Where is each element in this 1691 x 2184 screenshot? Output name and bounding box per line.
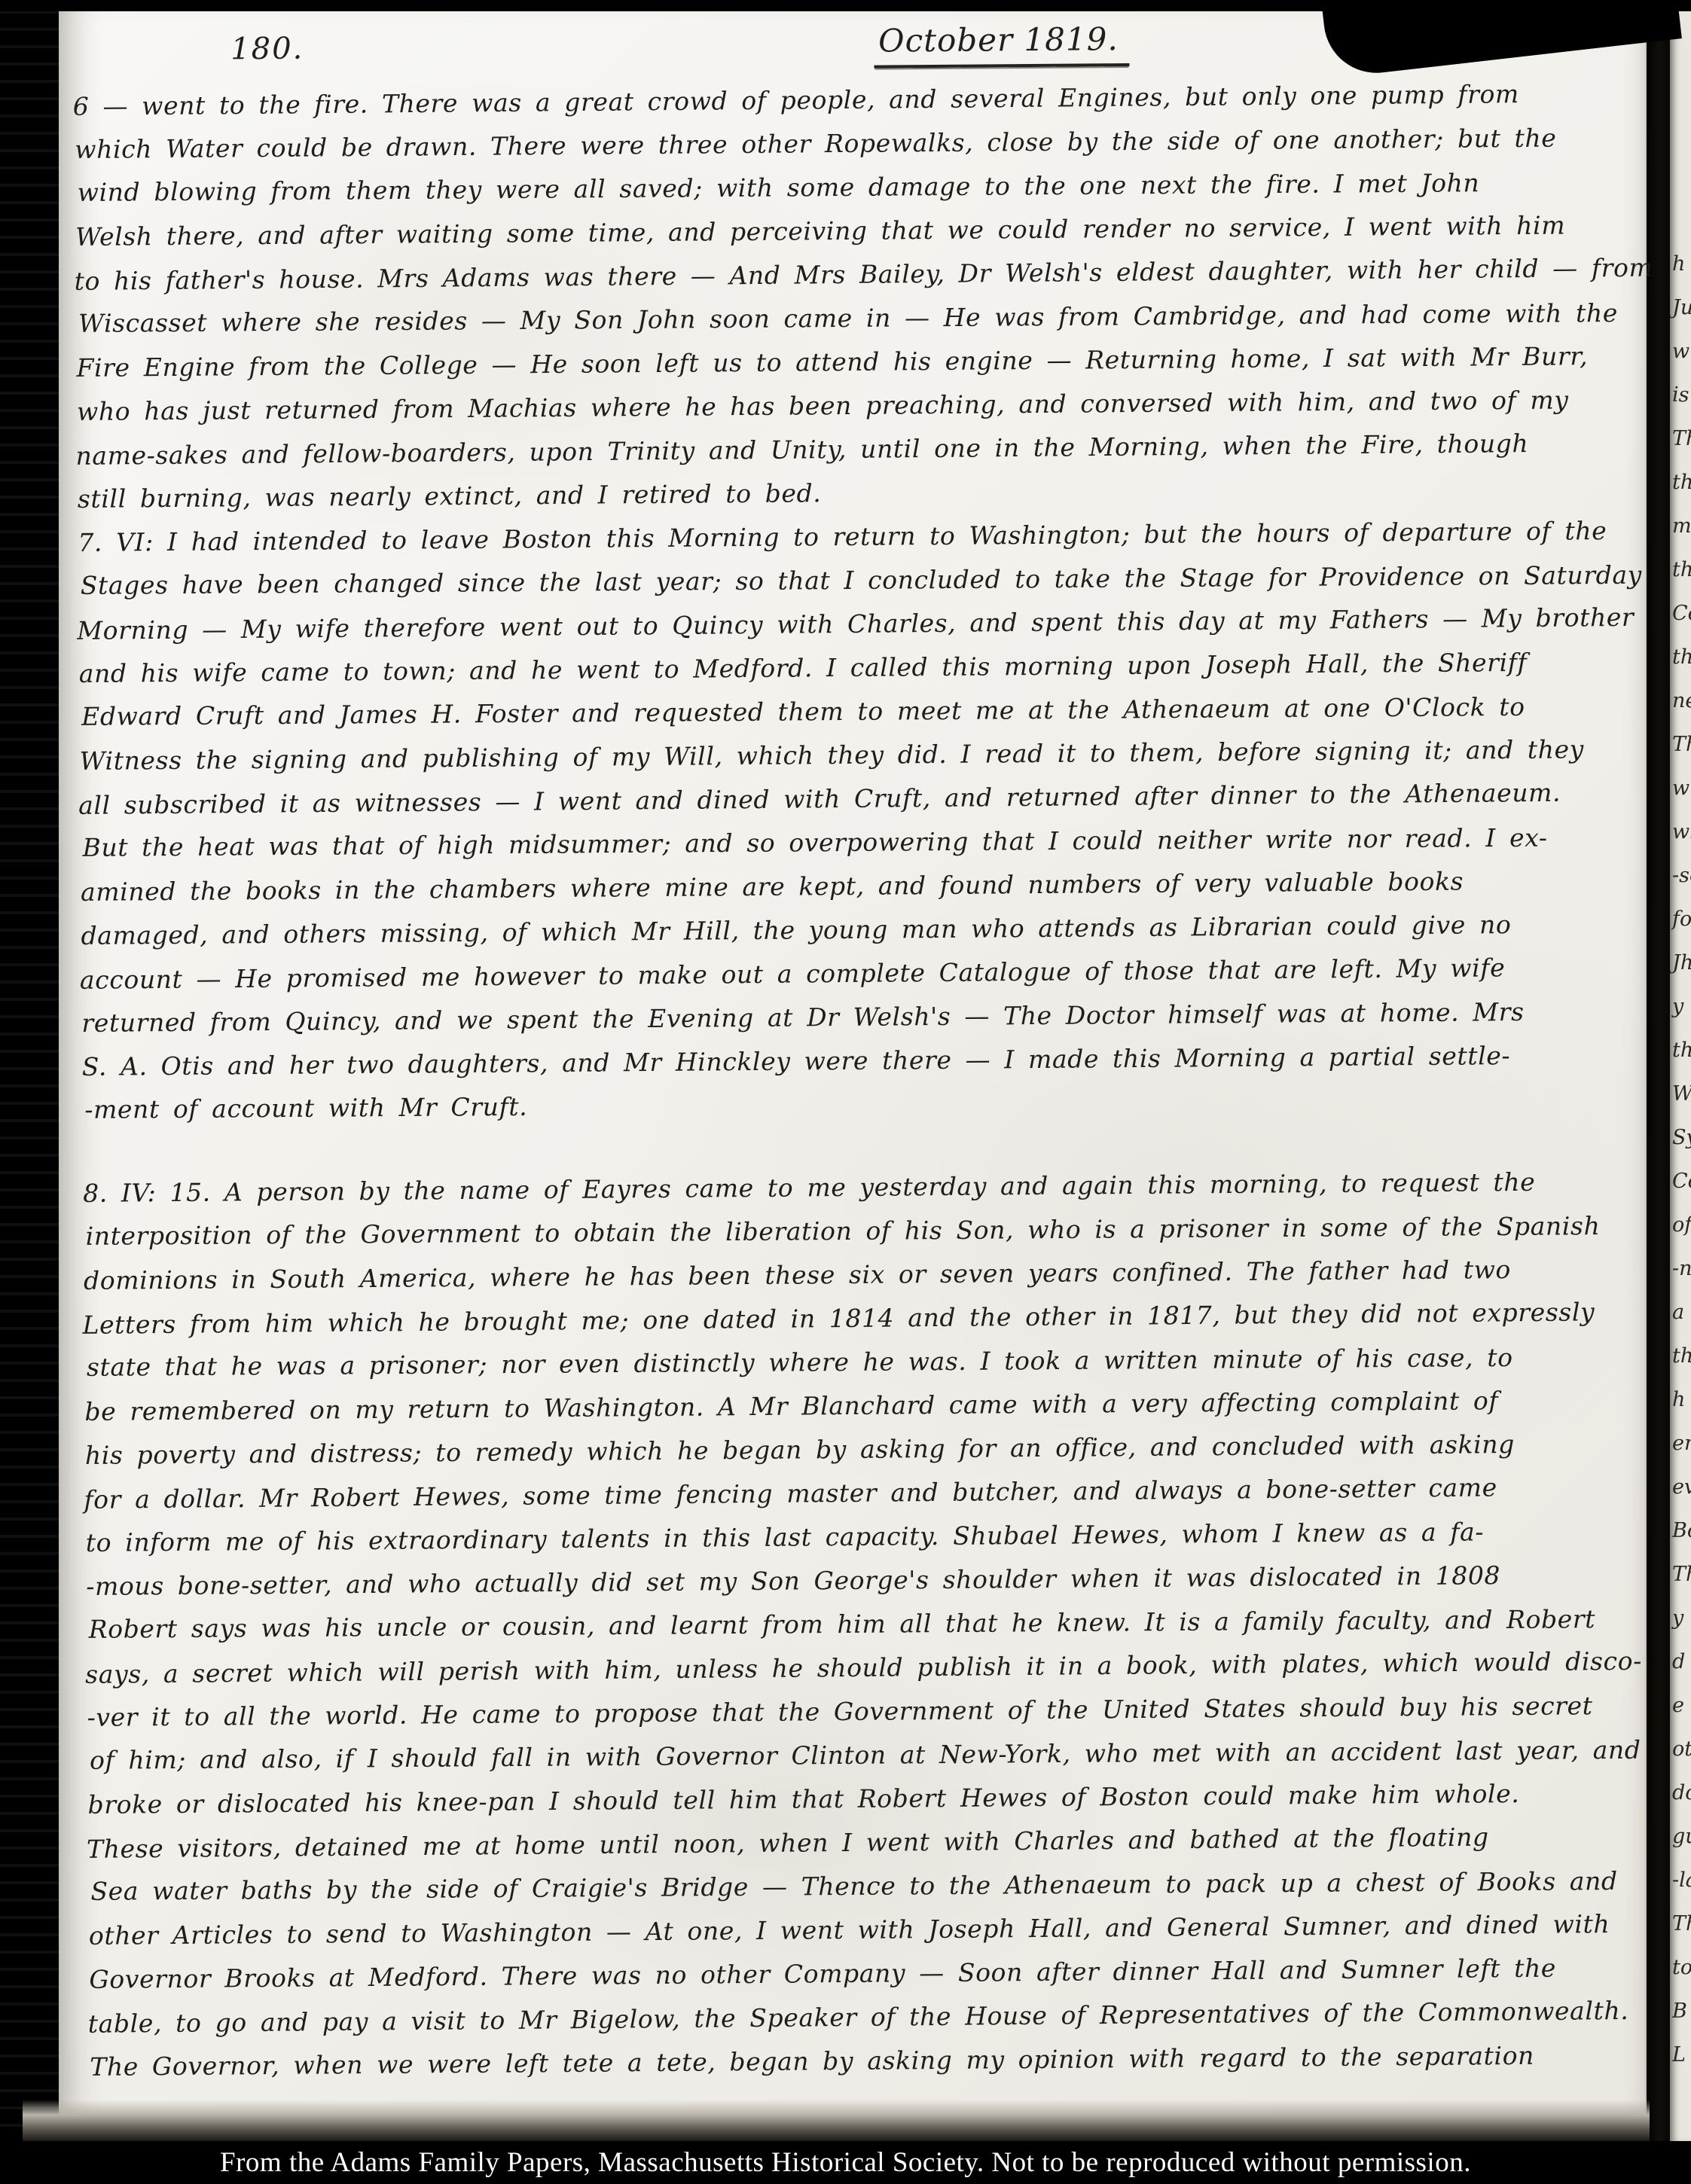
edge-fragment: for — [1670, 898, 1691, 941]
edge-fragment: Ju — [1670, 286, 1691, 330]
edge-fragment: th — [1670, 461, 1691, 505]
edge-fragment: th — [1670, 548, 1691, 592]
edge-fragment: m — [1670, 505, 1691, 548]
gutter-shadow — [1644, 0, 1671, 2184]
book-binding-edge — [0, 0, 60, 2184]
edge-fragment: the — [1670, 1029, 1691, 1072]
edge-fragment: to — [1670, 1946, 1691, 1990]
edge-fragment: do — [1670, 1771, 1691, 1815]
edge-fragment: Jh — [1670, 941, 1691, 985]
edge-fragment: d — [1670, 1640, 1691, 1684]
edge-fragment: h — [1670, 1378, 1691, 1422]
caption-text: From the Adams Family Papers, Massachuse… — [220, 2146, 1471, 2179]
edge-fragment: oth — [1670, 1728, 1691, 1771]
edge-fragment: -n — [1670, 1247, 1691, 1291]
edge-fragment: Bo — [1670, 1509, 1691, 1553]
edge-fragment: L — [1670, 2033, 1691, 2077]
scanned-diary-page: { "page": { "page_number": "180.", "date… — [0, 0, 1691, 2184]
edge-fragment: of — [1670, 1203, 1691, 1247]
edge-fragment: y — [1670, 1597, 1691, 1640]
edge-fragment: the — [1670, 636, 1691, 679]
edge-fragment: Th — [1670, 723, 1691, 767]
edge-fragment: h — [1670, 242, 1691, 286]
edge-fragment: Th — [1670, 1902, 1691, 1946]
edge-fragment: a — [1670, 1291, 1691, 1334]
bottom-page-edge — [23, 2100, 1650, 2143]
edge-fragment: e — [1670, 1684, 1691, 1728]
facing-page-sliver: hJuwisThthmthCotheneThwwh-seforJhytheWSy… — [1670, 0, 1691, 2143]
edge-fragment: ne — [1670, 679, 1691, 723]
edge-fragment: -la — [1670, 1859, 1691, 1902]
edge-fragment: y — [1670, 985, 1691, 1029]
edge-fragment: Co — [1670, 592, 1691, 636]
edge-fragment: -se — [1670, 854, 1691, 898]
edge-fragment: ev — [1670, 1466, 1691, 1509]
diary-text: 6 — went to the fire. There was a great … — [75, 72, 1647, 2089]
manuscript-page: 180. October 1819. 6 — went to the fire.… — [59, 0, 1647, 2143]
edge-fragment: en — [1670, 1422, 1691, 1466]
edge-fragment: W — [1670, 1072, 1691, 1116]
edge-fragment: Th — [1670, 1553, 1691, 1597]
edge-fragment: Co — [1670, 1160, 1691, 1203]
edge-fragment: wh — [1670, 810, 1691, 854]
edge-fragment: Sy — [1670, 1116, 1691, 1160]
edge-fragment: th — [1670, 1334, 1691, 1378]
edge-fragment: w — [1670, 767, 1691, 810]
page-number: 180. — [230, 32, 304, 67]
date-header: October 1819. — [874, 20, 1129, 69]
caption-bar: From the Adams Family Papers, Massachuse… — [0, 2141, 1691, 2184]
edge-fragment: is — [1670, 374, 1691, 417]
edge-fragment: Th — [1670, 417, 1691, 461]
edge-fragment: gu — [1670, 1815, 1691, 1859]
edge-fragment: w — [1670, 330, 1691, 374]
edge-fragment: B — [1670, 1990, 1691, 2033]
